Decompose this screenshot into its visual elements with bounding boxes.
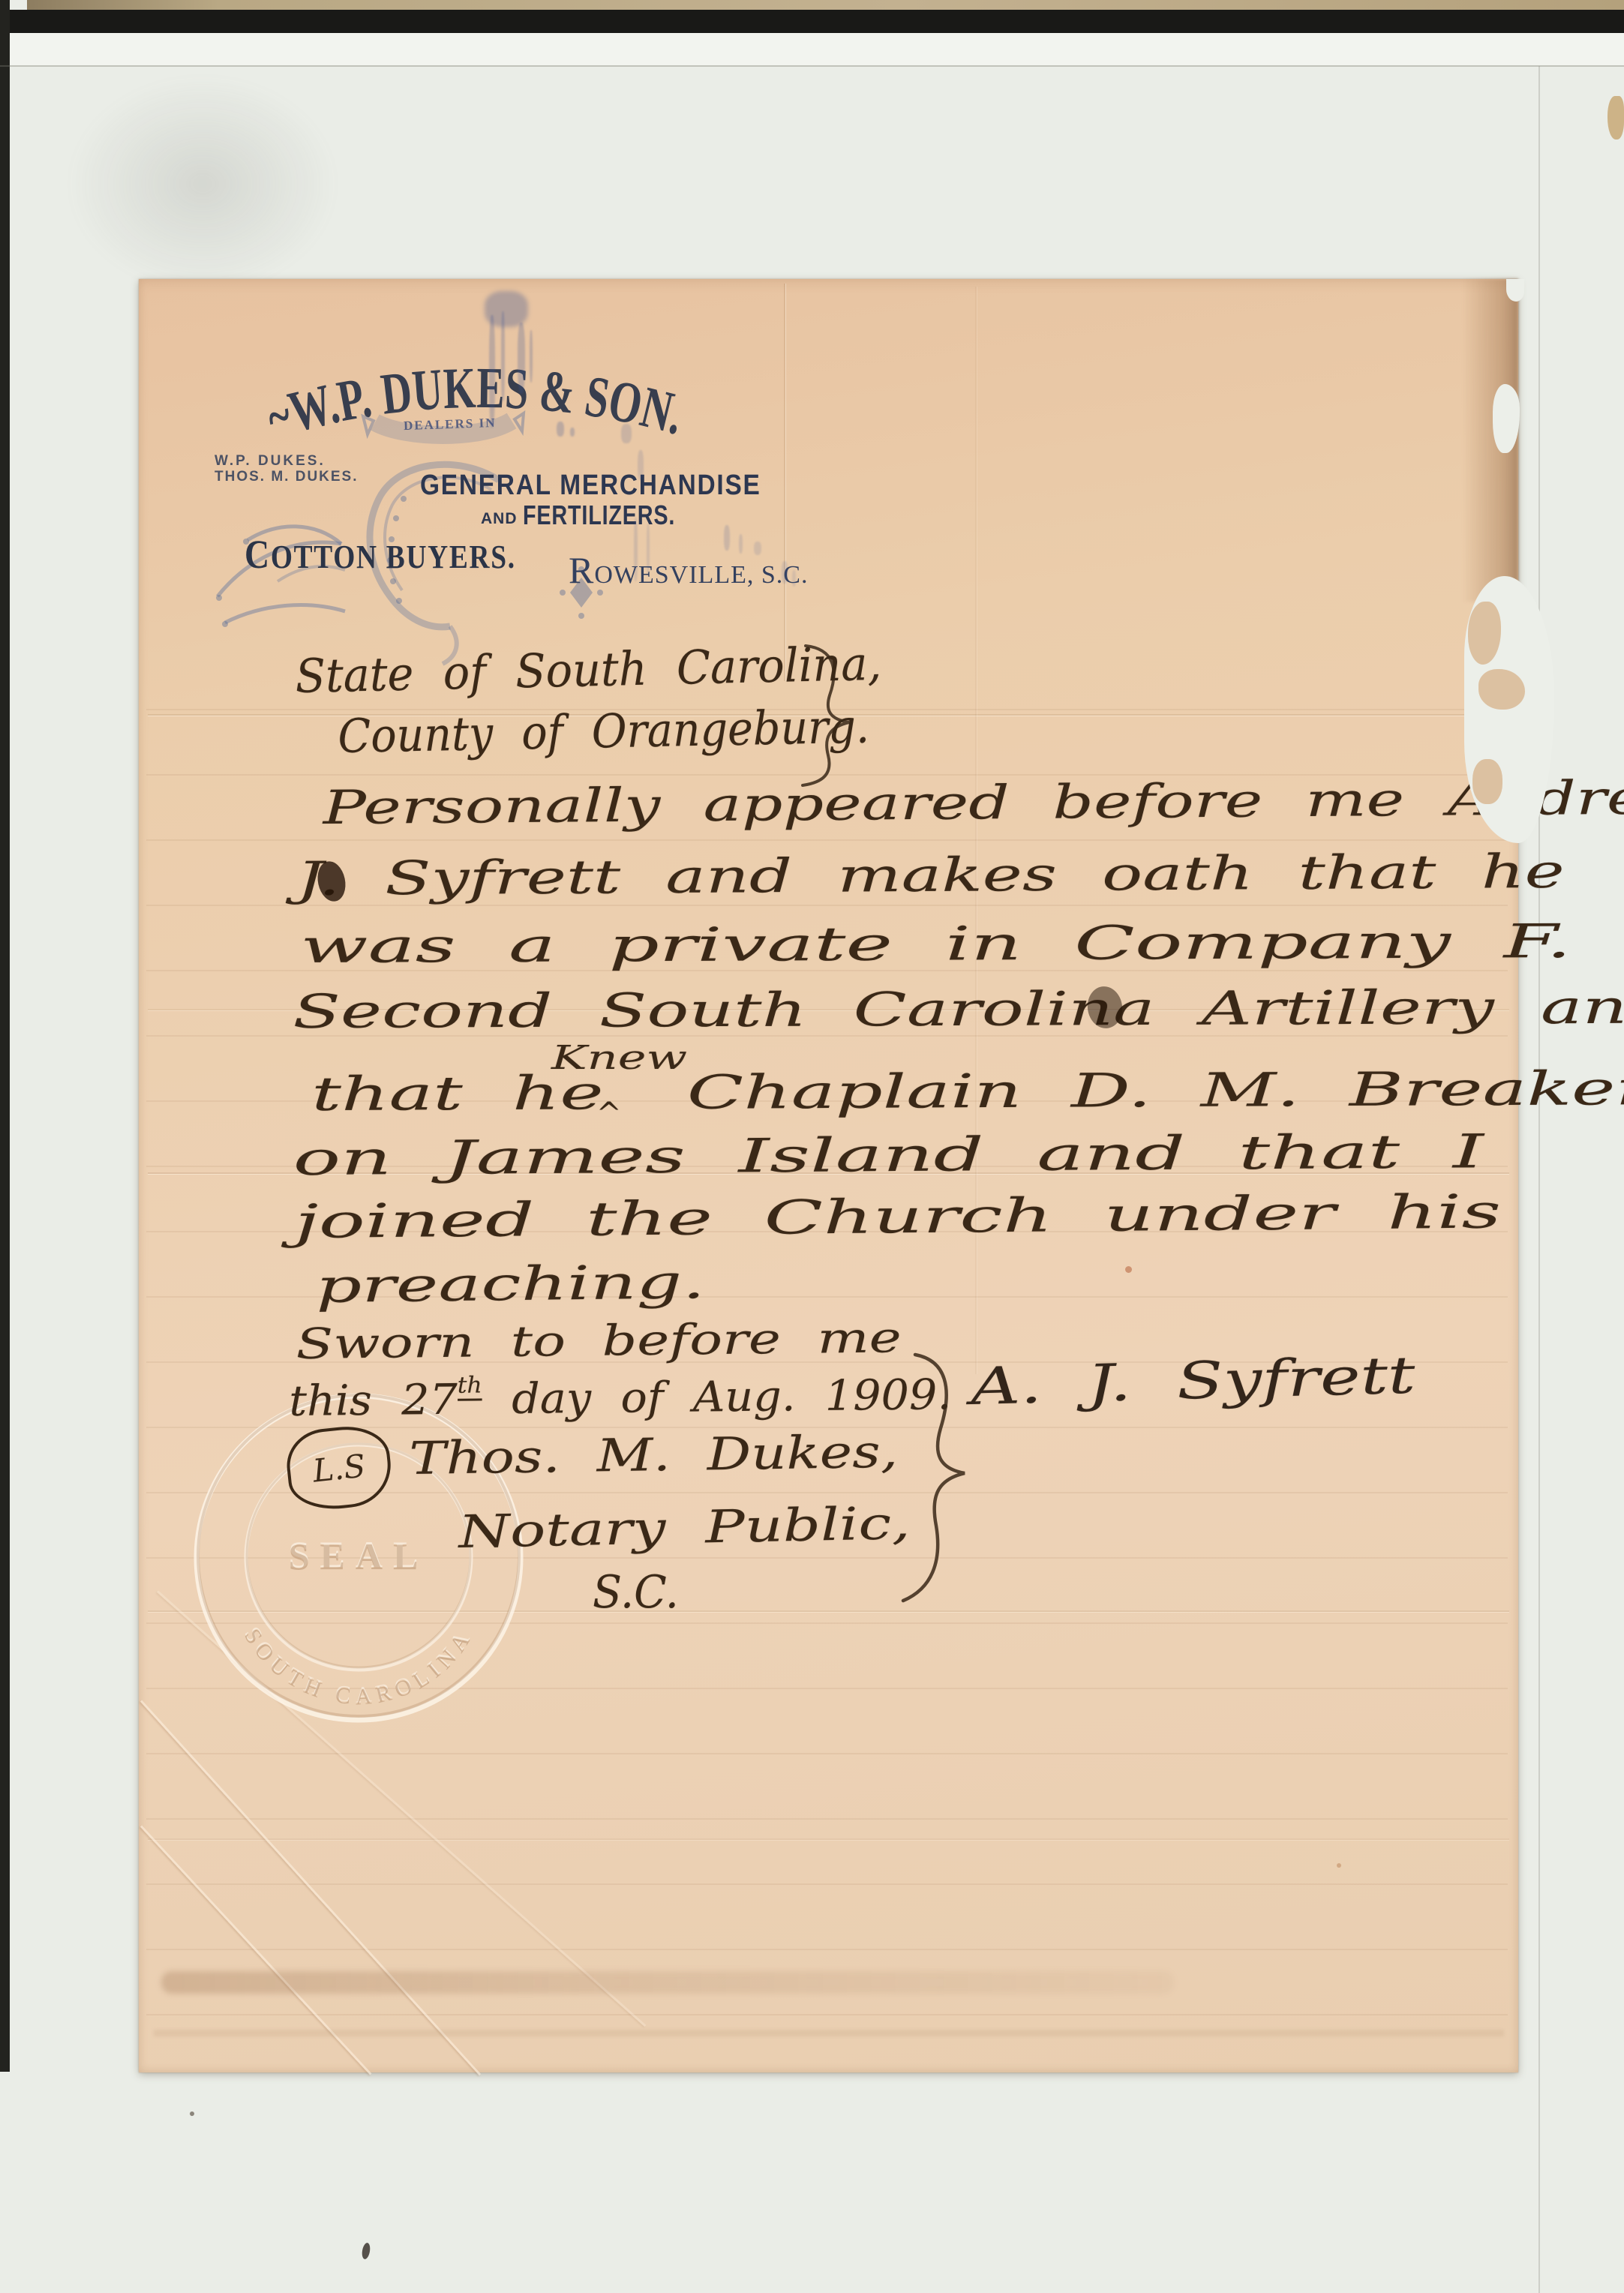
paper-crumple-band (154, 2030, 1504, 2036)
letterhead-partner-name: THOS. M. DUKES. (215, 469, 359, 485)
ink-speck (739, 534, 743, 554)
mat-horizontal-seam (0, 65, 1624, 67)
seal-center-text: SEAL (289, 1535, 429, 1577)
affiant-signature: A. J. Syfrett (969, 1346, 1417, 1417)
letterhead-location: ROWESVILLE, S.C. (569, 548, 808, 592)
date-ordinal-superscript: th (458, 1372, 482, 1400)
handwritten-line-private: was a private in Company F. (300, 914, 1571, 974)
mat-smudge (68, 75, 338, 293)
line7-part-b: Chaplain D. M. Breaker (686, 1061, 1624, 1120)
ink-smudge-streak (489, 315, 495, 428)
scan-frame-top (0, 10, 1624, 33)
ink-smudge-streak (634, 518, 638, 581)
handwritten-line-county: County of Orangeburg. (338, 699, 870, 764)
brace-header (795, 641, 878, 791)
handwritten-line-date: this 27th day of Aug. 1909. (289, 1367, 951, 1426)
ink-speck (557, 422, 564, 437)
handwritten-line-sworn: Sworn to before me (296, 1313, 902, 1369)
letterhead-cotton-buyers: COTTON BUYERS. (245, 531, 516, 578)
date-suffix: day of Aug. 1909. (482, 1370, 952, 1424)
ink-speck (724, 525, 730, 551)
scanned-letter-document: SEAL SEAL SOUTH CAROLINA SOUTH CAROLINA … (0, 0, 1624, 2293)
line7-part-a: that he (311, 1065, 604, 1121)
notary-state: S.C. (593, 1566, 679, 1619)
ink-smudge-streak (501, 311, 505, 401)
mat-vertical-seam (1538, 66, 1540, 2293)
handwritten-line-preaching: preaching. (315, 1254, 706, 1313)
letterhead-and: AND (481, 510, 518, 528)
paper-crease-vertical (784, 284, 785, 681)
ink-speck (638, 450, 644, 480)
ink-speck (782, 561, 788, 584)
foxing-spot (1125, 1266, 1132, 1273)
brace-attestation (893, 1350, 983, 1609)
scan-top-edge-strip (27, 0, 1624, 10)
date-prefix: this 27 (289, 1376, 458, 1426)
letterhead-partner-name: W.P. DUKES. (215, 453, 326, 470)
locus-sigilli-label: L.S (311, 1447, 368, 1489)
ink-smudge-streak (647, 524, 650, 576)
ink-speck (621, 424, 632, 443)
handwritten-line-james-island: on James Island and that I (293, 1124, 1484, 1186)
paper-crumple-band (161, 1971, 1174, 1994)
ink-smudge-streak (530, 330, 533, 383)
notary-signature: Thos. M. Dukes, (409, 1426, 899, 1485)
handwritten-line-artillery: Second South Carolina Artillery and (293, 980, 1624, 1039)
mat-speck (190, 2111, 194, 2116)
foxing-spot (1337, 1863, 1341, 1868)
scan-frame-left (0, 0, 10, 2072)
letterhead-general-merchandise: GENERAL MERCHANDISE (420, 470, 761, 502)
mat-ink-fleck (361, 2242, 371, 2259)
handwritten-line-appeared: Personally appeared before me Andrew (323, 770, 1624, 835)
ink-speck (570, 428, 575, 437)
ink-speck (792, 570, 796, 587)
paper-crease (148, 1838, 1509, 1840)
notary-title: Notary Public, (458, 1497, 911, 1559)
letterhead-fertilizers: FERTILIZERS. (523, 500, 675, 531)
ink-speck (754, 542, 761, 555)
handwritten-line-oath: J. Syfrett and makes oath that he (296, 844, 1565, 906)
handwritten-line-chaplain: that heChaplain D. M. Breaker (311, 1061, 1624, 1121)
mat-stain (1607, 96, 1624, 140)
mat-bright-band (10, 33, 1624, 65)
paper-chip (1506, 279, 1524, 302)
handwritten-line-joined-church: joined the Church under his (294, 1184, 1502, 1249)
ink-smudge-streak (518, 323, 525, 394)
torn-paper-layer (1472, 759, 1502, 804)
